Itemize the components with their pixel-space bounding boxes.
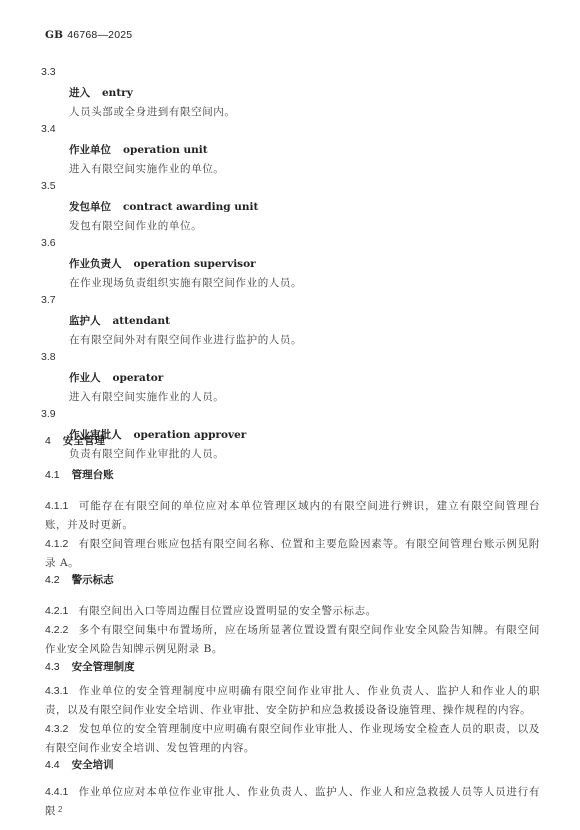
term-en: contract awarding unit — [123, 201, 258, 213]
clause-text: 发包单位的安全管理制度中应明确有限空间作业审批人、作业现场安全检查人员的职责，以… — [45, 723, 540, 754]
chapter-title: 安全管理 — [63, 435, 105, 447]
term-zh: 作业负责人 — [69, 258, 122, 270]
section-number: 4.4 — [45, 759, 60, 771]
term-zh: 进入 — [69, 87, 90, 99]
section-title: 警示标志 — [72, 574, 114, 586]
clause-number: 4.2.1 — [45, 605, 68, 617]
term-number: 3.9 — [41, 408, 56, 420]
section-title: 安全管理制度 — [72, 661, 135, 673]
standard-number: 46768—2025 — [67, 29, 132, 41]
clause-number: 4.4.1 — [45, 786, 68, 798]
term-en: entry — [102, 87, 133, 99]
term-en: operation approver — [134, 429, 247, 441]
clause-number: 4.3.2 — [45, 723, 68, 735]
term-en: operation unit — [123, 144, 208, 156]
term-number: 3.8 — [41, 351, 56, 363]
section-number: 4.3 — [45, 661, 60, 673]
section-heading: 4.2警示标志 — [45, 572, 114, 587]
clause-text: 可能存在有限空间的单位应对本单位管理区域内的有限空间进行辨识，建立有限空间管理台… — [45, 500, 540, 531]
document-page: GB46768—2025 3.3 进入entry 人员头部或全身进到有限空间内。… — [0, 0, 580, 830]
term-zh: 发包单位 — [69, 201, 111, 213]
term-en: operation supervisor — [134, 258, 256, 270]
clause-paragraph: 4.1.1可能存在有限空间的单位应对本单位管理区域内的有限空间进行辨识，建立有限… — [45, 497, 540, 535]
clause-paragraph: 4.2.2多个有限空间集中布置场所，应在场所显著位置设置有限空间作业安全风险告知… — [45, 621, 540, 659]
clause-paragraph: 4.2.1有限空间出入口等周边醒目位置应设置明显的安全警示标志。 — [45, 602, 540, 621]
term-zh: 作业人 — [69, 372, 101, 384]
standard-prefix: GB — [45, 29, 63, 41]
term-number: 3.7 — [41, 294, 56, 306]
term-definition: 在作业现场负责组织实施有限空间作业的人员。 — [69, 275, 302, 290]
clause-paragraph: 4.3.2发包单位的安全管理制度中应明确有限空间作业审批人、作业现场安全检查人员… — [45, 720, 540, 758]
page-number: 2 — [58, 805, 62, 814]
term-title: 作业单位operation unit — [69, 142, 208, 157]
section-title: 安全培训 — [72, 759, 114, 771]
term-number: 3.3 — [41, 66, 56, 78]
section-heading: 4.1管理台账 — [45, 467, 114, 482]
section-number: 4.1 — [45, 469, 60, 481]
term-en: operator — [113, 372, 164, 384]
section-number: 4.2 — [45, 574, 60, 586]
clause-text: 作业单位应对本单位作业审批人、作业负责人、监护人、作业人和应急救援人员等人员进行… — [45, 786, 540, 817]
term-title: 进入entry — [69, 85, 133, 100]
clause-number: 4.1.1 — [45, 500, 68, 512]
section-title: 管理台账 — [72, 469, 114, 481]
term-en: attendant — [113, 315, 170, 327]
term-definition: 进入有限空间实施作业的人员。 — [69, 389, 224, 404]
term-number: 3.5 — [41, 180, 56, 192]
term-definition: 进入有限空间实施作业的单位。 — [69, 161, 224, 176]
clause-text: 有限空间管理台账应包括有限空间名称、位置和主要危险因素等。有限空间管理台账示例见… — [45, 538, 540, 569]
term-number: 3.4 — [41, 123, 56, 135]
term-title: 发包单位contract awarding unit — [69, 199, 258, 214]
clause-number: 4.1.2 — [45, 538, 68, 550]
term-definition: 人员头部或全身进到有限空间内。 — [69, 104, 236, 119]
term-definition: 发包有限空间作业的单位。 — [69, 218, 202, 233]
section-heading: 4.3安全管理制度 — [45, 659, 135, 674]
chapter-number: 4 — [45, 435, 51, 447]
clause-text: 有限空间出入口等周边醒目位置应设置明显的安全警示标志。 — [78, 605, 376, 617]
term-number: 3.6 — [41, 237, 56, 249]
clause-paragraph: 4.1.2有限空间管理台账应包括有限空间名称、位置和主要危险因素等。有限空间管理… — [45, 535, 540, 573]
term-title: 监护人attendant — [69, 313, 170, 328]
section-heading: 4.4安全培训 — [45, 757, 114, 772]
standard-header: GB46768—2025 — [45, 29, 132, 41]
term-title: 作业负责人operation supervisor — [69, 256, 256, 271]
term-title: 作业人operator — [69, 370, 163, 385]
term-definition: 负责有限空间作业审批的人员。 — [69, 446, 224, 461]
term-definition: 在有限空间外对有限空间作业进行监护的人员。 — [69, 332, 302, 347]
clause-number: 4.3.1 — [45, 685, 68, 697]
clause-text: 多个有限空间集中布置场所，应在场所显著位置设置有限空间作业安全风险告知牌。有限空… — [45, 624, 540, 655]
clause-text: 作业单位的安全管理制度中应明确有限空间作业审批人、作业负责人、监护人和作业人的职… — [45, 685, 540, 716]
term-zh: 作业单位 — [69, 144, 111, 156]
term-zh: 监护人 — [69, 315, 101, 327]
clause-paragraph: 4.3.1作业单位的安全管理制度中应明确有限空间作业审批人、作业负责人、监护人和… — [45, 682, 540, 720]
clause-paragraph: 4.4.1作业单位应对本单位作业审批人、作业负责人、监护人、作业人和应急救援人员… — [45, 783, 540, 821]
clause-number: 4.2.2 — [45, 624, 68, 636]
chapter-heading: 4安全管理 — [45, 433, 105, 448]
